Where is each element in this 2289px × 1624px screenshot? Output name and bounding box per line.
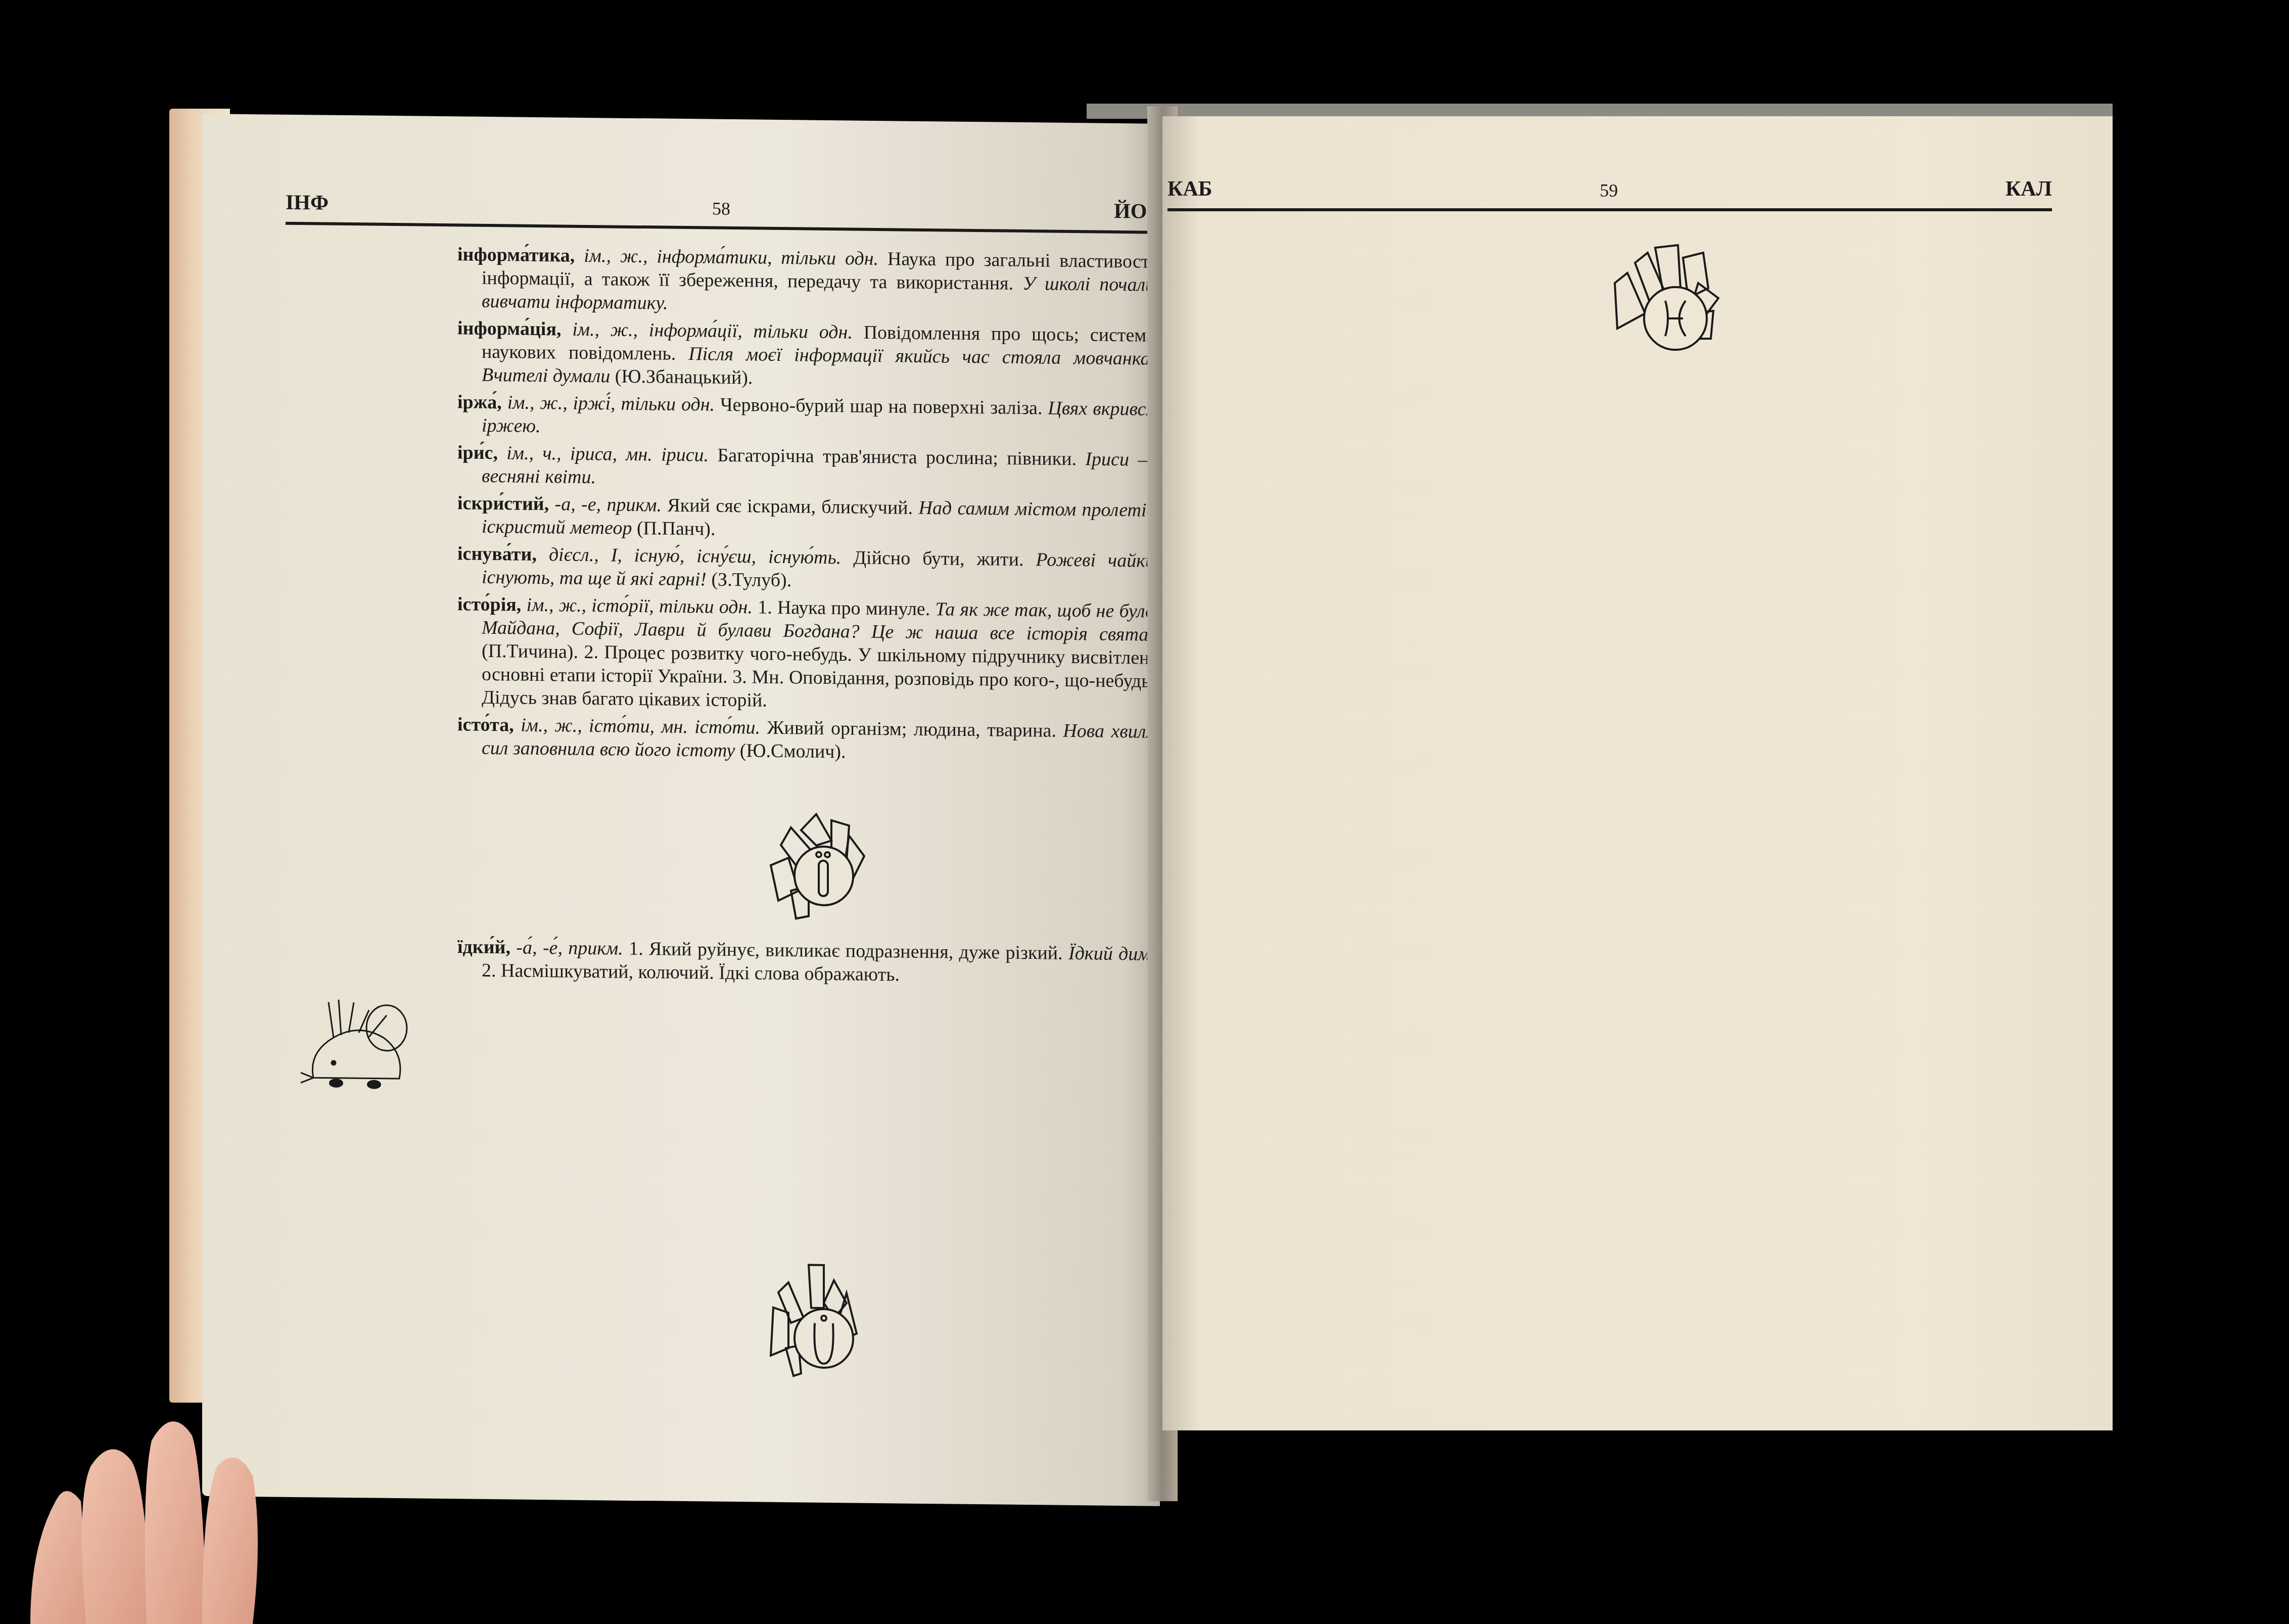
letter-emblem-yi-icon <box>761 810 882 922</box>
letter-emblem-k-icon <box>1607 243 1739 364</box>
entry-headword: існува́ти, <box>457 543 549 565</box>
dictionary-entry: інформа́тика, ім., ж., інформа́тики, тіл… <box>457 243 1155 319</box>
entry-headword: іржа́, <box>457 391 507 413</box>
header-guide-word-left: КАБ <box>1167 177 1212 201</box>
entry-grammar: ім., ж., інформа́ції, тільки одн. <box>572 319 863 343</box>
entry-source: (Ю.Збанацький). <box>615 366 753 389</box>
hand-holding-page <box>0 1334 384 1624</box>
entry-headword: інформа́ція, <box>457 317 572 340</box>
dictionary-entry: існува́ти, дієсл., I, існую́, існу́єш, і… <box>457 542 1155 595</box>
entry-grammar: ім., ч., іриса, мн. іриси. <box>506 442 717 466</box>
dictionary-entry: істо́рія, ім., ж., істо́рії, тільки одн.… <box>457 592 1155 716</box>
left-entries-last <box>427 1380 1155 1387</box>
entry-headword: істо́та, <box>457 714 521 735</box>
left-entries-top: інформа́тика, ім., ж., інформа́тики, тіл… <box>457 243 1155 770</box>
left-page: ІНФ 58 ЙОР інформа́тика, ім., ж., інформ… <box>202 114 1160 1506</box>
entry-headword: іри́с, <box>457 442 506 463</box>
entry-grammar: ім., ж., істо́рії, тільки одн. <box>527 594 758 618</box>
entry-source: (П.Панч). <box>637 518 716 540</box>
right-page-header: КАБ 59 КАЛ <box>1167 177 2052 211</box>
entry-definition: 1. Який руйнує, викликає подразнення, ду… <box>629 938 1068 964</box>
entry-source: 2. Насмішкуватий, колючий. Їдкі слова об… <box>482 960 900 986</box>
entry-definition: Дійсно бути, жити. <box>853 547 1036 570</box>
left-entries-bottom: їдки́й, -а́, -е́, прикм. 1. Який руйнує,… <box>457 935 1155 993</box>
entry-headword: істо́рія, <box>457 593 527 615</box>
entry-grammar: ім., ж., інформа́тики, тільки одн. <box>584 245 887 269</box>
page-number: 59 <box>1600 180 1618 201</box>
header-guide-word-right: КАЛ <box>2005 177 2052 201</box>
header-guide-word-left: ІНФ <box>286 191 329 215</box>
entry-example: Їдкий дим. <box>1068 943 1155 965</box>
entry-source: (З.Тулуб). <box>711 569 791 591</box>
entry-definition: 1. Наука про минуле. <box>758 597 935 620</box>
dictionary-entry: інформа́ція, ім., ж., інформа́ції, тільк… <box>457 316 1155 393</box>
entry-grammar: дієсл., I, існую́, існу́єш, існую́ть. <box>549 544 853 568</box>
entry-source: (П.Тичина). 2. Процес розвитку чого-небу… <box>482 640 1155 711</box>
dictionary-entry: іржа́, ім., ж., іржі́, тільки одн. Черво… <box>457 390 1155 444</box>
dictionary-entry: іри́с, ім., ч., іриса, мн. іриси. Багато… <box>457 441 1155 494</box>
entry-grammar: ім., ж., іржі́, тільки одн. <box>507 392 720 415</box>
entry-grammar: -а, -е, прикм. <box>555 493 668 516</box>
entry-definition: Червоно-бурий шар на поверхні заліза. <box>720 394 1048 419</box>
entry-headword: іскри́стий, <box>457 492 555 515</box>
dictionary-entry: іскри́стий, -а, -е, прикм. Який сяє іскр… <box>457 491 1155 545</box>
entry-grammar: ім., ж., істо́ти, мн. істо́ти. <box>521 715 767 738</box>
dictionary-entry: істо́та, ім., ж., істо́ти, мн. істо́ти. … <box>457 713 1155 766</box>
entry-source: (Ю.Смолич). <box>740 740 846 762</box>
entry-definition: Який сяє іскрами, блискучий. <box>667 495 918 519</box>
entry-definition: Багаторічна трав'яниста рослина; півники… <box>717 445 1085 470</box>
dictionary-entry: їдки́й, -а́, -е́, прикм. 1. Який руйнує,… <box>457 935 1155 989</box>
entry-definition: Живий організм; людина, тварина. <box>767 717 1063 741</box>
right-page: КАБ 59 КАЛ <box>1162 116 2113 1430</box>
entry-grammar: -а́, -е́, прикм. <box>516 937 629 959</box>
page-number: 58 <box>712 198 730 219</box>
hedgehog-illustration-icon <box>298 997 430 1099</box>
letter-emblem-y-short-icon <box>758 1262 879 1380</box>
entry-headword: інформа́тика, <box>457 244 584 266</box>
left-page-header: ІНФ 58 ЙОР <box>286 191 1160 234</box>
entry-headword: їдки́й, <box>457 936 516 958</box>
